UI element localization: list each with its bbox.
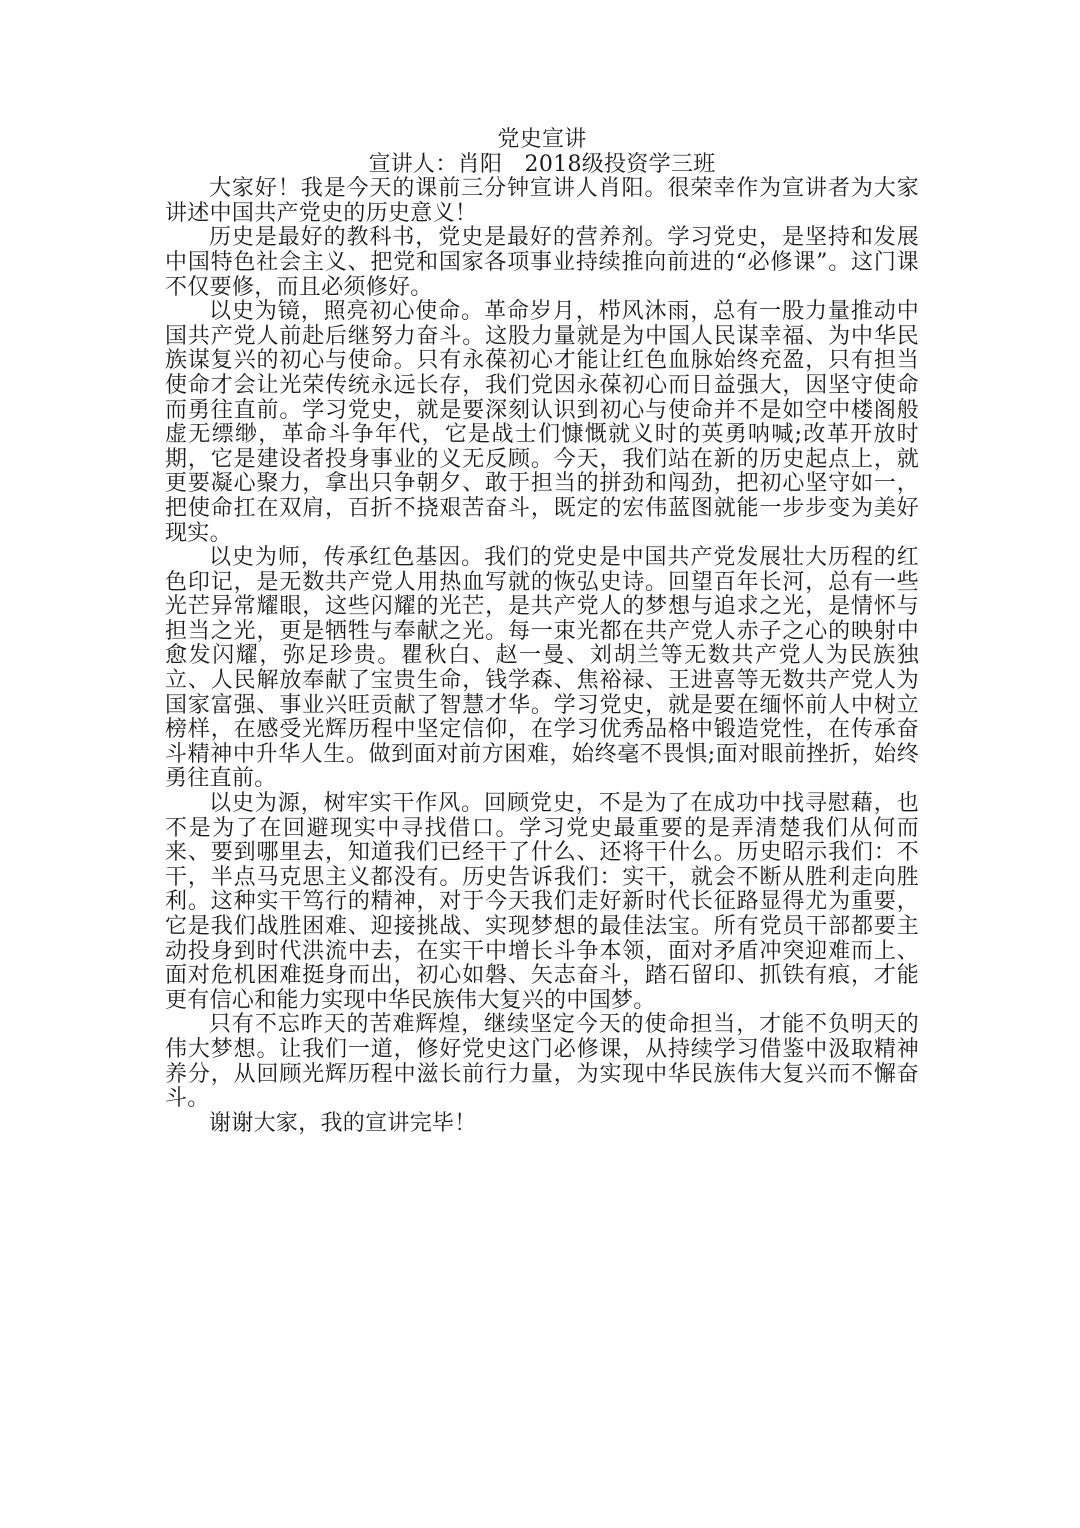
paragraph-mirror: 以史为镜，照亮初心使命。革命岁月，栉风沐雨，总有一股力量推动中国共产党人前赴后继…: [165, 300, 919, 546]
paragraph-thanks: 谢谢大家，我的宣讲完毕！: [165, 1112, 919, 1137]
paragraph-greeting: 大家好！我是今天的课前三分钟宣讲人肖阳。很荣幸作为宣讲者为大家讲述中国共产党史的…: [165, 177, 919, 226]
paragraph-intro: 历史是最好的教科书，党史是最好的营养剂。学习党史，是坚持和发展中国特色社会主义、…: [165, 226, 919, 300]
document-page: 党史宣讲 宣讲人：肖阳 2018级投资学三班 大家好！我是今天的课前三分钟宣讲人…: [165, 128, 919, 1136]
document-title: 党史宣讲: [165, 128, 919, 153]
paragraph-teacher: 以史为师，传承红色基因。我们的党史是中国共产党发展壮大历程的红色印记，是无数共产…: [165, 546, 919, 792]
paragraph-conclusion: 只有不忘昨天的苦难辉煌，继续坚定今天的使命担当，才能不负明天的伟大梦想。让我们一…: [165, 1013, 919, 1111]
speaker-line: 宣讲人：肖阳 2018级投资学三班: [165, 153, 919, 178]
paragraph-source: 以史为源，树牢实干作风。回顾党史，不是为了在成功中找寻慰藉，也不是为了在回避现实…: [165, 792, 919, 1013]
